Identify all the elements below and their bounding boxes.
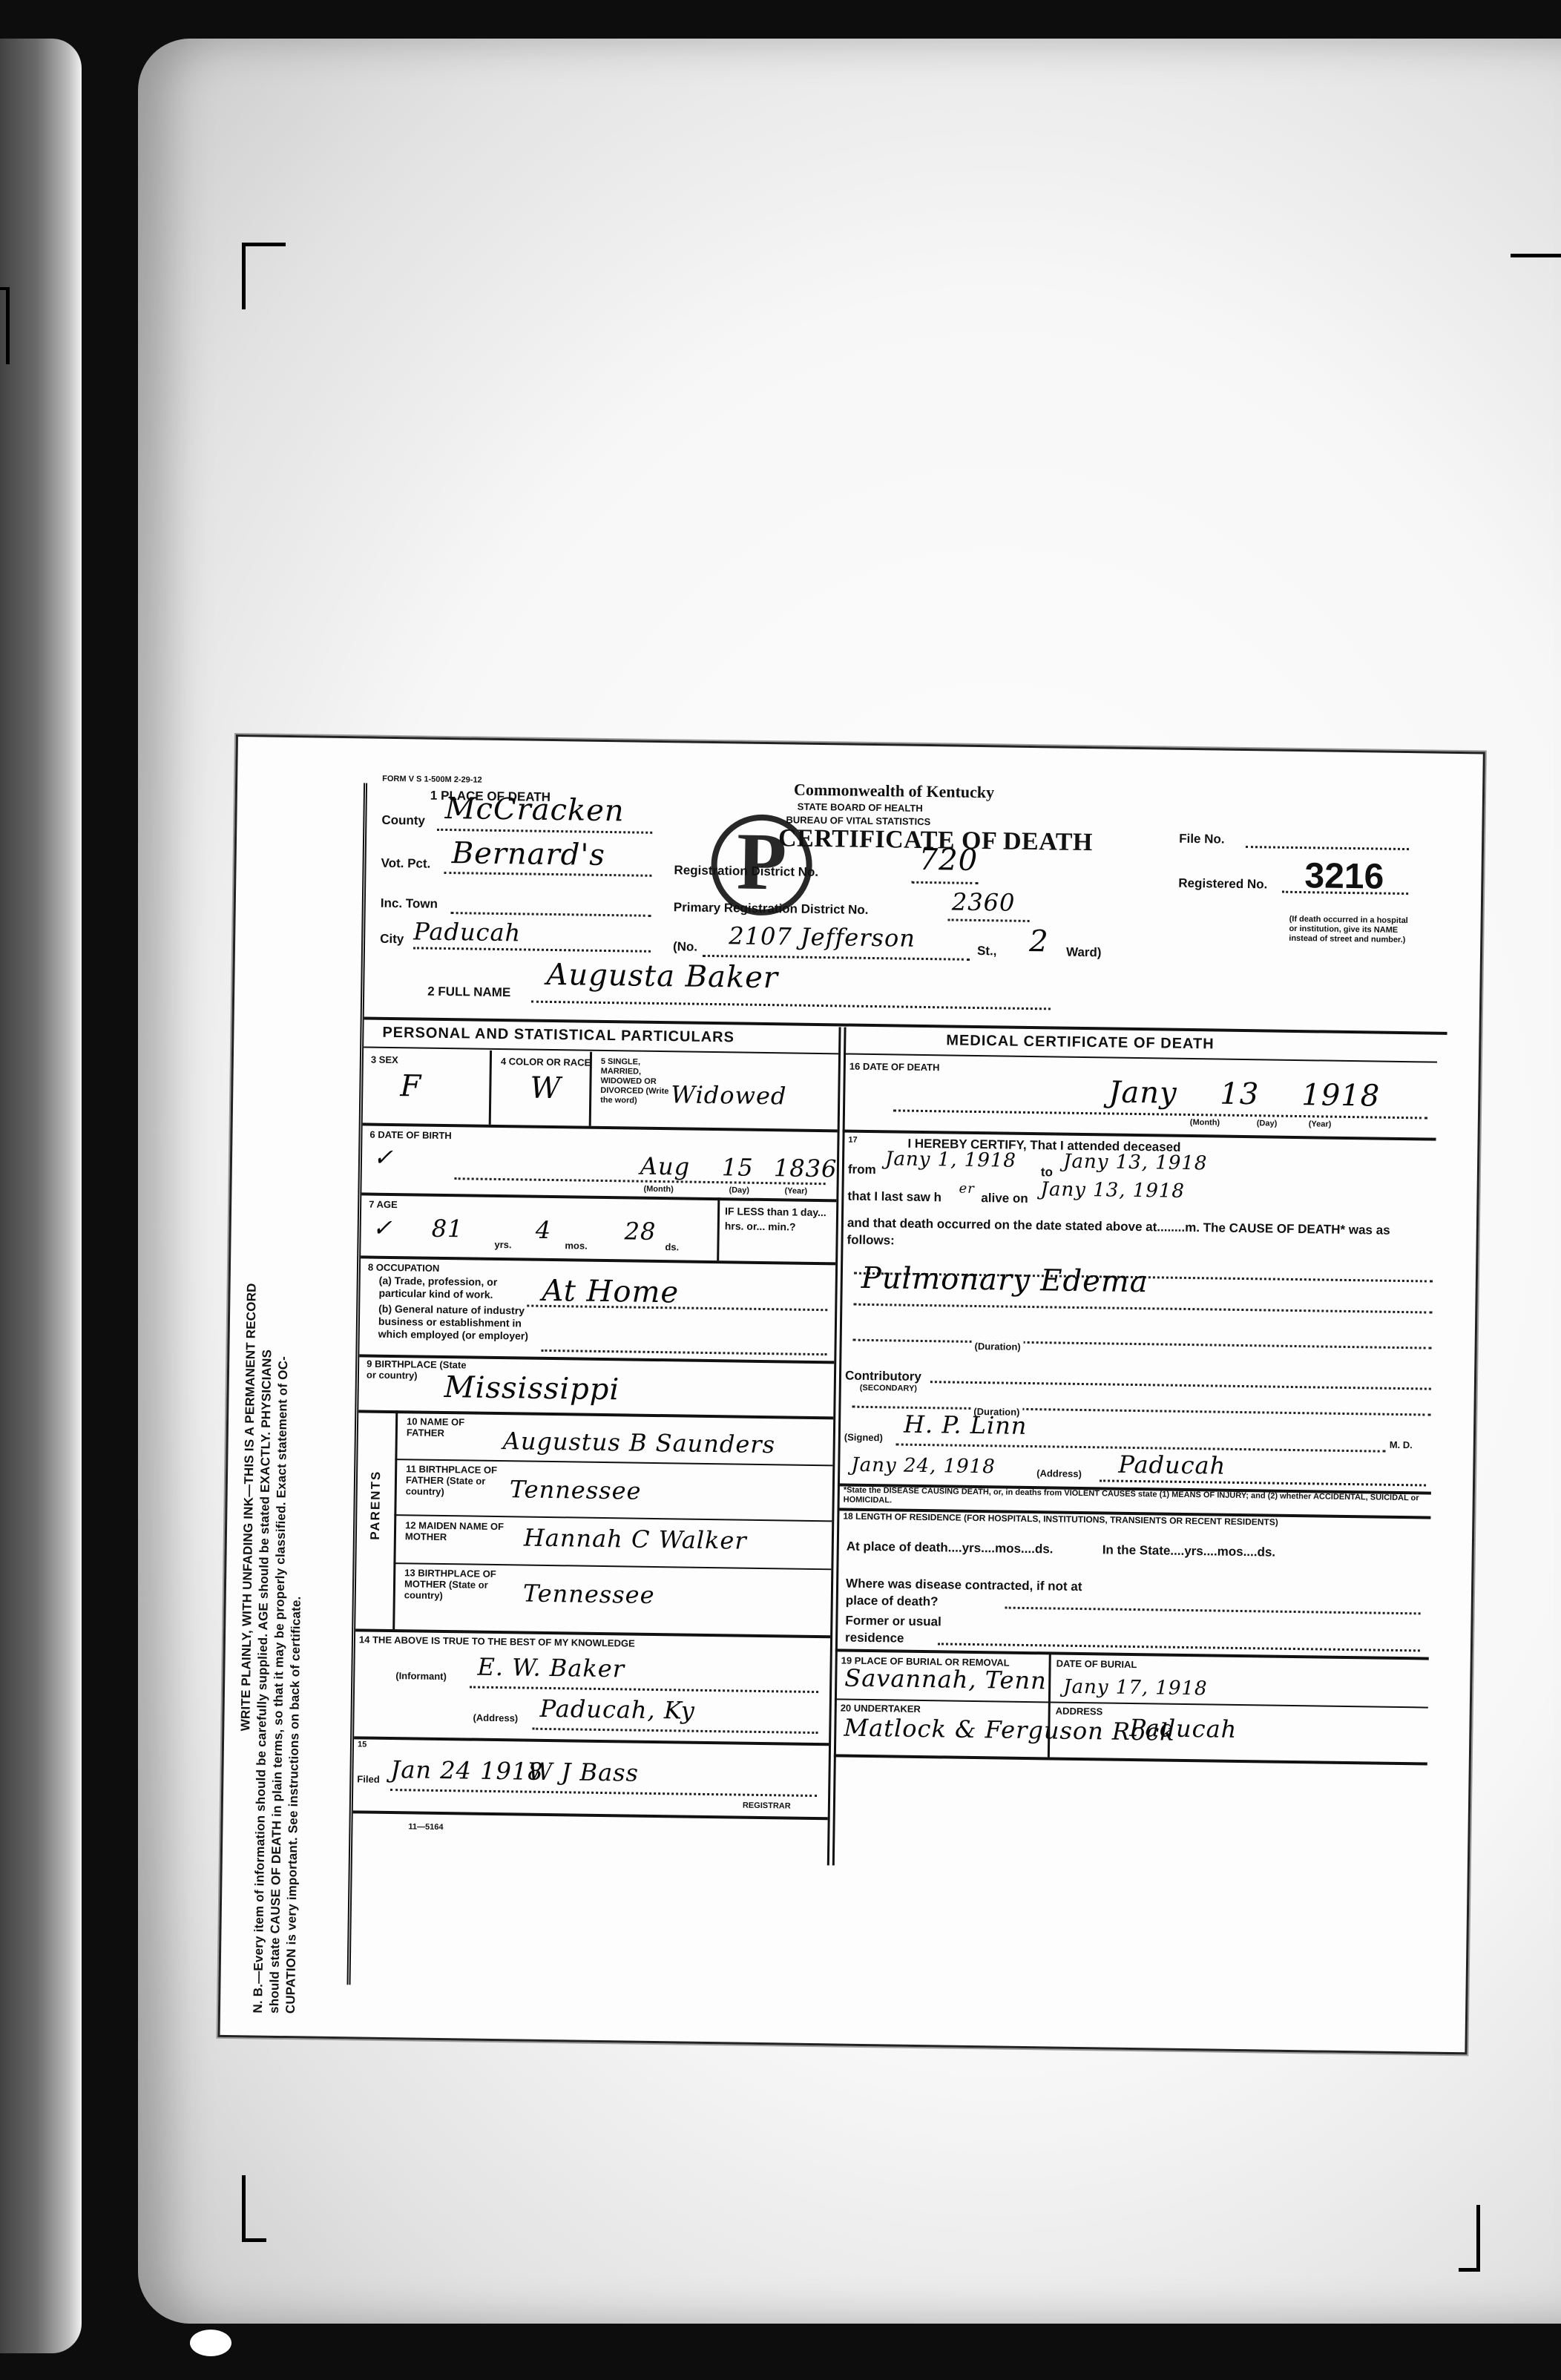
secondary-caption: (SECONDARY) bbox=[860, 1384, 917, 1393]
hospital-note: (If death occurred in a hospital or inst… bbox=[1289, 915, 1416, 945]
occupation-a-label: (a) Trade, profession, or particular kin… bbox=[378, 1275, 542, 1302]
informant-address-label: (Address) bbox=[473, 1712, 518, 1724]
occupation-label: 8 OCCUPATION bbox=[368, 1262, 440, 1274]
street-suffix: St., bbox=[977, 944, 997, 959]
crop-mark-bottom-right bbox=[1459, 2205, 1480, 2272]
dob-label: 6 DATE OF BIRTH bbox=[369, 1129, 451, 1142]
undertaker-label: 20 UNDERTAKER bbox=[841, 1703, 921, 1715]
registration-district-value: 720 bbox=[918, 843, 978, 878]
file-no-label: File No. bbox=[1179, 832, 1225, 847]
last-saw-label: that I last saw h bbox=[847, 1189, 941, 1206]
race-label: 4 COLOR OR RACE bbox=[501, 1056, 591, 1068]
undertaker-address-value: Paducah bbox=[1129, 1714, 1237, 1743]
form-footer: 11—5164 bbox=[408, 1822, 443, 1832]
sex-label: 3 SEX bbox=[371, 1054, 398, 1066]
city-value: Paducah bbox=[413, 917, 521, 947]
registrar-label: REGISTRAR bbox=[743, 1801, 791, 1811]
informant-address-value: Paducah, Ky bbox=[539, 1694, 695, 1725]
age-days: 28 bbox=[624, 1217, 656, 1246]
registration-district-label: Registration District No. bbox=[674, 863, 818, 880]
primary-district-value: 2360 bbox=[952, 887, 1016, 916]
crop-mark bbox=[0, 287, 10, 364]
adjacent-film-frame bbox=[0, 39, 82, 2353]
attended-from-label: from bbox=[848, 1163, 876, 1178]
item-15-label: 15 bbox=[358, 1740, 367, 1749]
registered-no-label: Registered No. bbox=[1178, 876, 1267, 892]
inc-town-label: Inc. Town bbox=[381, 896, 438, 912]
registered-no-value: 3216 bbox=[1304, 855, 1384, 897]
dod-year-caption: (Year) bbox=[1309, 1120, 1332, 1128]
dob-month: Aug bbox=[640, 1152, 691, 1181]
filed-label: Filed bbox=[357, 1773, 380, 1784]
alive-on-label: alive on bbox=[981, 1191, 1028, 1206]
dob-year: 1836 bbox=[774, 1154, 838, 1183]
mother-label: 12 MAIDEN NAME OF MOTHER bbox=[405, 1519, 509, 1543]
dob-day: 15 bbox=[722, 1153, 754, 1182]
side-instructions: WRITE PLAINLY, WITH UNFADING INK—THIS IS… bbox=[234, 752, 296, 2014]
age-label: 7 AGE bbox=[369, 1199, 398, 1211]
filed-date: Jan 24 1918 bbox=[390, 1755, 544, 1786]
in-state-label: In the State....yrs....mos....ds. bbox=[1102, 1541, 1325, 1561]
burial-date-label: DATE OF BURIAL bbox=[1056, 1658, 1137, 1671]
md-label: M. D. bbox=[1390, 1439, 1413, 1450]
county-label: County bbox=[381, 813, 425, 829]
dod-label: 16 DATE OF DEATH bbox=[849, 1061, 940, 1074]
dob-year-caption: (Year) bbox=[784, 1186, 807, 1195]
vot-pct-value: Bernard's bbox=[451, 836, 605, 872]
mother-birthplace-label: 13 BIRTHPLACE OF MOTHER (State or countr… bbox=[404, 1567, 502, 1602]
crop-mark-bottom-left bbox=[242, 2175, 266, 2242]
dob-check-icon: ✓ bbox=[373, 1143, 394, 1171]
father-birthplace-label: 11 BIRTHPLACE OF FATHER (State or countr… bbox=[406, 1463, 503, 1498]
marital-value: Widowed bbox=[671, 1080, 787, 1110]
dod-year: 1918 bbox=[1301, 1078, 1380, 1113]
dod-month: Jany bbox=[1108, 1075, 1177, 1110]
burial-place-value: Savannah, Tenn bbox=[844, 1664, 1047, 1695]
contributory-label: Contributory bbox=[845, 1369, 921, 1384]
street-value: 2107 Jefferson bbox=[729, 921, 916, 953]
dod-day: 13 bbox=[1220, 1077, 1260, 1112]
occupation-b-label: (b) General nature of industry business … bbox=[378, 1303, 542, 1343]
sex-value: F bbox=[400, 1069, 421, 1103]
ward-value: 2 bbox=[1029, 924, 1049, 959]
age-check-icon: ✓ bbox=[372, 1214, 392, 1242]
age-months-caption: mos. bbox=[565, 1240, 588, 1251]
physician-signature: H. P. Linn bbox=[904, 1410, 1028, 1440]
city-label: City bbox=[380, 932, 404, 947]
primary-district-label: Primary Registration District No. bbox=[674, 900, 869, 918]
physician-address-label: (Address) bbox=[1036, 1467, 1082, 1479]
less-than-day-label: IF LESS than 1 day... hrs. or... min.? bbox=[725, 1203, 829, 1235]
crop-mark-top-left bbox=[242, 243, 286, 309]
vot-pct-label: Vot. Pct. bbox=[381, 856, 430, 872]
signed-label: (Signed) bbox=[844, 1432, 883, 1444]
dod-month-caption: (Month) bbox=[1190, 1118, 1220, 1128]
at-place-label: At place of death....yrs....mos....ds. bbox=[847, 1538, 1091, 1559]
undertaker-address-label: ADDRESS bbox=[1056, 1706, 1103, 1717]
mother-birthplace-value: Tennessee bbox=[523, 1579, 655, 1609]
informant-label: (Informant) bbox=[395, 1670, 447, 1682]
street-label: (No. bbox=[673, 939, 697, 954]
ward-label: Ward) bbox=[1066, 945, 1102, 961]
age-years-caption: yrs. bbox=[494, 1239, 511, 1250]
state-title: Commonwealth of Kentucky bbox=[794, 780, 994, 803]
burial-date-value: Jany 17, 1918 bbox=[1063, 1676, 1208, 1700]
board-title: STATE BOARD OF HEALTH bbox=[798, 801, 923, 814]
dob-month-caption: (Month) bbox=[643, 1185, 673, 1194]
form-id: FORM V S 1-500M 2-29-12 bbox=[382, 775, 482, 785]
birthplace-value: Mississippi bbox=[444, 1370, 620, 1407]
signed-date: Jany 24, 1918 bbox=[851, 1454, 996, 1479]
film-hole bbox=[190, 2330, 231, 2356]
father-value: Augustus B Saunders bbox=[502, 1427, 775, 1459]
age-days-caption: ds. bbox=[665, 1241, 679, 1252]
full-name-value: Augusta Baker bbox=[546, 958, 778, 995]
full-name-label: 2 FULL NAME bbox=[427, 984, 510, 1001]
father-birthplace-value: Tennessee bbox=[510, 1475, 642, 1505]
informant-value: E. W. Baker bbox=[477, 1653, 625, 1683]
death-certificate: WRITE PLAINLY, WITH UNFADING INK—THIS IS… bbox=[217, 734, 1485, 2054]
cause-of-death: Pulmonary Edema bbox=[861, 1261, 1148, 1299]
attended-to-value: Jany 13, 1918 bbox=[1063, 1151, 1208, 1175]
undertaker-value: Matlock & Ferguson Rock bbox=[844, 1714, 1175, 1746]
race-value: W bbox=[530, 1071, 562, 1106]
county-value: McCracken bbox=[444, 792, 625, 828]
attended-from-value: Jany 1, 1918 bbox=[885, 1148, 1016, 1171]
crop-mark-top-right bbox=[1511, 254, 1561, 257]
registrar-signature: W J Bass bbox=[528, 1758, 639, 1787]
dod-day-caption: (Day) bbox=[1257, 1119, 1278, 1128]
parents-label: PARENTS bbox=[368, 1470, 384, 1540]
age-years: 81 bbox=[431, 1214, 463, 1243]
certify-number: 17 bbox=[848, 1136, 857, 1145]
physician-address-value: Paducah bbox=[1118, 1450, 1226, 1480]
occupation-value: At Home bbox=[542, 1274, 679, 1310]
dob-day-caption: (Day) bbox=[729, 1186, 749, 1194]
father-label: 10 NAME OF FATHER bbox=[407, 1416, 496, 1439]
last-saw-date: Jany 13, 1918 bbox=[1040, 1178, 1185, 1203]
mother-value: Hannah C Walker bbox=[524, 1524, 747, 1555]
last-saw-pronoun: er bbox=[959, 1181, 975, 1197]
duration-label-1: (Duration) bbox=[971, 1341, 1023, 1352]
age-months: 4 bbox=[535, 1216, 551, 1244]
